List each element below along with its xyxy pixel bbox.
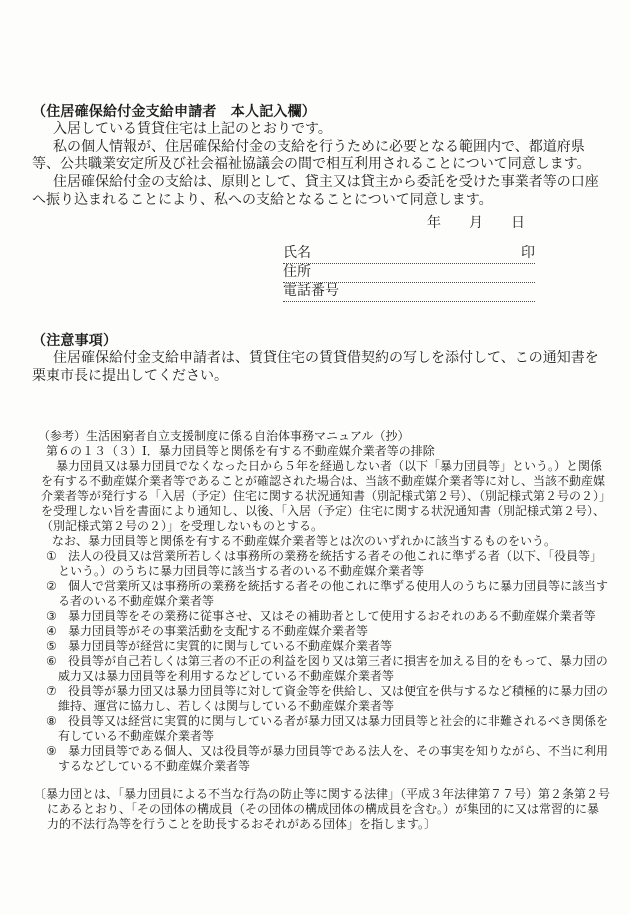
list-item-1: ①法人の役員又は営業所若しくは事務所の業務を統括する者その他これに準ずる者（以下… bbox=[58, 549, 610, 579]
list-item-3-text: 暴力団員等をその業務に従事させ、又はその補助者として使用するおそれのある不動産媒… bbox=[68, 609, 596, 623]
list-item-8-number: ⑧ bbox=[46, 714, 68, 729]
list-item-4-text: 暴力団員等がその事業活動を支配する不動産媒介業者等 bbox=[68, 624, 368, 638]
consent-paragraph-3: 住居確保給付金の支給は、原則として、貸主又は貸主から委託を受けた事業者等の口座へ… bbox=[32, 174, 600, 210]
reference-section-heading: （参考）生活困窮者自立支援制度に係る自治体事務マニュアル（抄） bbox=[38, 429, 610, 444]
list-item-5-number: ⑤ bbox=[46, 639, 68, 654]
list-item-5: ⑤暴力団員等が経営に実質的に関与している不動産媒介業者等 bbox=[58, 639, 610, 654]
phone-field-row[interactable]: 電話番号 bbox=[283, 283, 535, 302]
notes-section: （注意事項） 住居確保給付金支給申請者は、賃貸住宅の賃貸借契約の写しを添付して、… bbox=[32, 332, 600, 385]
reference-paragraph-2: なお、暴力団員等と関係を有する不動産媒介業者等とは次のいずれかに該当するものをい… bbox=[46, 534, 610, 549]
list-item-1-number: ① bbox=[46, 549, 68, 564]
list-item-3: ③暴力団員等をその業務に従事させ、又はその補助者として使用するおそれのある不動産… bbox=[58, 609, 610, 624]
name-field-label: 氏名 bbox=[283, 244, 311, 263]
applicant-consent-section: （住居確保給付金支給申請者 本人記入欄） 入居している賃貸住宅は上記のとおりです… bbox=[32, 0, 600, 302]
seal-mark: 印 bbox=[521, 244, 535, 263]
document-page: （住居確保給付金支給申請者 本人記入欄） 入居している賃貸住宅は上記のとおりです… bbox=[0, 0, 630, 915]
address-field-row[interactable]: 住所 bbox=[283, 264, 535, 283]
list-item-3-number: ③ bbox=[46, 609, 68, 624]
list-item-2: ②個人で営業所又は事務所の業務を統括する者その他これに準ずる使用人のうちに暴力団… bbox=[58, 579, 610, 609]
date-fill-in-line[interactable]: 年 月 日 bbox=[427, 215, 600, 233]
notes-paragraph: 住居確保給付金支給申請者は、賃貸住宅の賃貸借契約の写しを添付して、この通知書を栗… bbox=[32, 350, 600, 386]
notes-section-heading: （注意事項） bbox=[32, 332, 600, 350]
list-item-7-text: 役員等が暴力団又は暴力団員等に対して資金等を供給し、又は便宜を供与するなど積極的… bbox=[58, 684, 608, 713]
list-item-7-number: ⑦ bbox=[46, 684, 68, 699]
list-item-9: ⑨暴力団員等である個人、又は役員等が暴力団員等である法人を、その事実を知りながら… bbox=[58, 744, 610, 774]
reference-paragraph-1: 暴力団員又は暴力団員でなくなった日から５年を経過しない者（以下「暴力団員等」とい… bbox=[41, 459, 610, 534]
list-item-5-text: 暴力団員等が経営に実質的に関与している不動産媒介業者等 bbox=[68, 639, 392, 653]
phone-field-label: 電話番号 bbox=[283, 282, 339, 301]
consent-paragraph-2: 私の個人情報が、住居確保給付金の支給を行うために必要となる範囲内で、都道府県等、… bbox=[32, 139, 600, 175]
signature-fields: 氏名 印 住所 電話番号 bbox=[283, 245, 535, 303]
list-item-9-text: 暴力団員等である個人、又は役員等が暴力団員等である法人を、その事実を知りながら、… bbox=[58, 744, 608, 773]
list-item-6-number: ⑥ bbox=[46, 654, 68, 669]
address-field-label: 住所 bbox=[283, 263, 311, 282]
applicant-section-heading: （住居確保給付金支給申請者 本人記入欄） bbox=[32, 103, 600, 121]
boryokudan-definition-footnote: 〔暴力団とは、「暴力団員による不当な行為の防止等に関する法律」（平成３年法律第７… bbox=[47, 787, 610, 832]
list-item-6-text: 役員等が自己若しくは第三者の不正の利益を図り又は第三者に損害を加える目的をもって… bbox=[58, 654, 608, 683]
reference-section: （参考）生活困窮者自立支援制度に係る自治体事務マニュアル（抄） 第６の１３（３）… bbox=[40, 429, 610, 832]
list-item-8-text: 役員等又は経営に実質的に関与している者が暴力団又は暴力団員等と社会的に非難される… bbox=[58, 714, 608, 743]
consent-paragraph-1: 入居している賃貸住宅は上記のとおりです。 bbox=[32, 121, 600, 139]
list-item-4-number: ④ bbox=[46, 624, 68, 639]
list-item-2-text: 個人で営業所又は事務所の業務を統括する者その他これに準ずる使用人のうちに暴力団員… bbox=[58, 579, 608, 608]
list-item-4: ④暴力団員等がその事業活動を支配する不動産媒介業者等 bbox=[58, 624, 610, 639]
list-item-1-text: 法人の役員又は営業所若しくは事務所の業務を統括する者その他これに準ずる者（以下、… bbox=[58, 549, 602, 578]
reference-section-subheading: 第６の１３（３）Ⅰ．暴力団員等と関係を有する不動産媒介業者等の排除 bbox=[46, 444, 610, 459]
list-item-7: ⑦役員等が暴力団又は暴力団員等に対して資金等を供給し、又は便宜を供与するなど積極… bbox=[58, 684, 610, 714]
list-item-9-number: ⑨ bbox=[46, 744, 68, 759]
list-item-2-number: ② bbox=[46, 579, 68, 594]
list-item-8: ⑧役員等又は経営に実質的に関与している者が暴力団又は暴力団員等と社会的に非難され… bbox=[58, 714, 610, 744]
list-item-6: ⑥役員等が自己若しくは第三者の不正の利益を図り又は第三者に損害を加える目的をもっ… bbox=[58, 654, 610, 684]
name-field-row[interactable]: 氏名 印 bbox=[283, 245, 535, 264]
